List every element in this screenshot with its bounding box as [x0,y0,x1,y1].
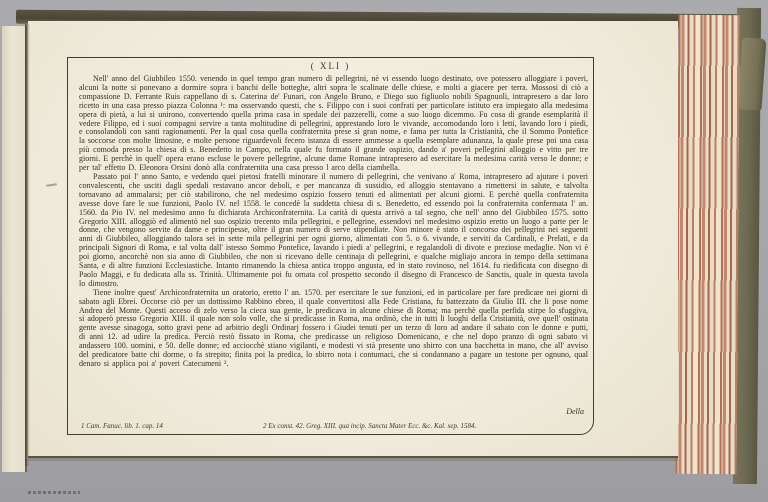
footnote: 1 Cam. Fanuc. lib. 1. cap. 14 [81,422,263,431]
catchword: Della [566,407,584,416]
book-photo: ( XLI ) Nell' anno del Giubbileo 1550. v… [0,0,768,502]
left-page-edge [2,26,27,472]
illegible-photo-caption [28,491,80,494]
body-paragraph: Tiene inoltre quest' Archiconfraternita … [79,289,588,369]
page-body-text: Nell' anno del Giubbileo 1550. venendo i… [79,75,588,403]
gutter-shadow [25,24,30,466]
text-frame-border: ( XLI ) Nell' anno del Giubbileo 1550. v… [67,57,594,435]
footnotes: 1 Cam. Fanuc. lib. 1. cap. 14 2 Ex const… [81,422,587,431]
body-paragraph: Nell' anno del Giubbileo 1550. venendo i… [79,75,588,173]
book-cover-corner [738,37,767,110]
book-fore-edge [675,15,739,474]
footnote: 2 Ex const. 42. Greg. XIII. qua incip. S… [263,422,587,431]
page-number: ( XLI ) [68,61,593,71]
body-paragraph: Passato poi l' anno Santo, e vedendo que… [79,173,588,289]
